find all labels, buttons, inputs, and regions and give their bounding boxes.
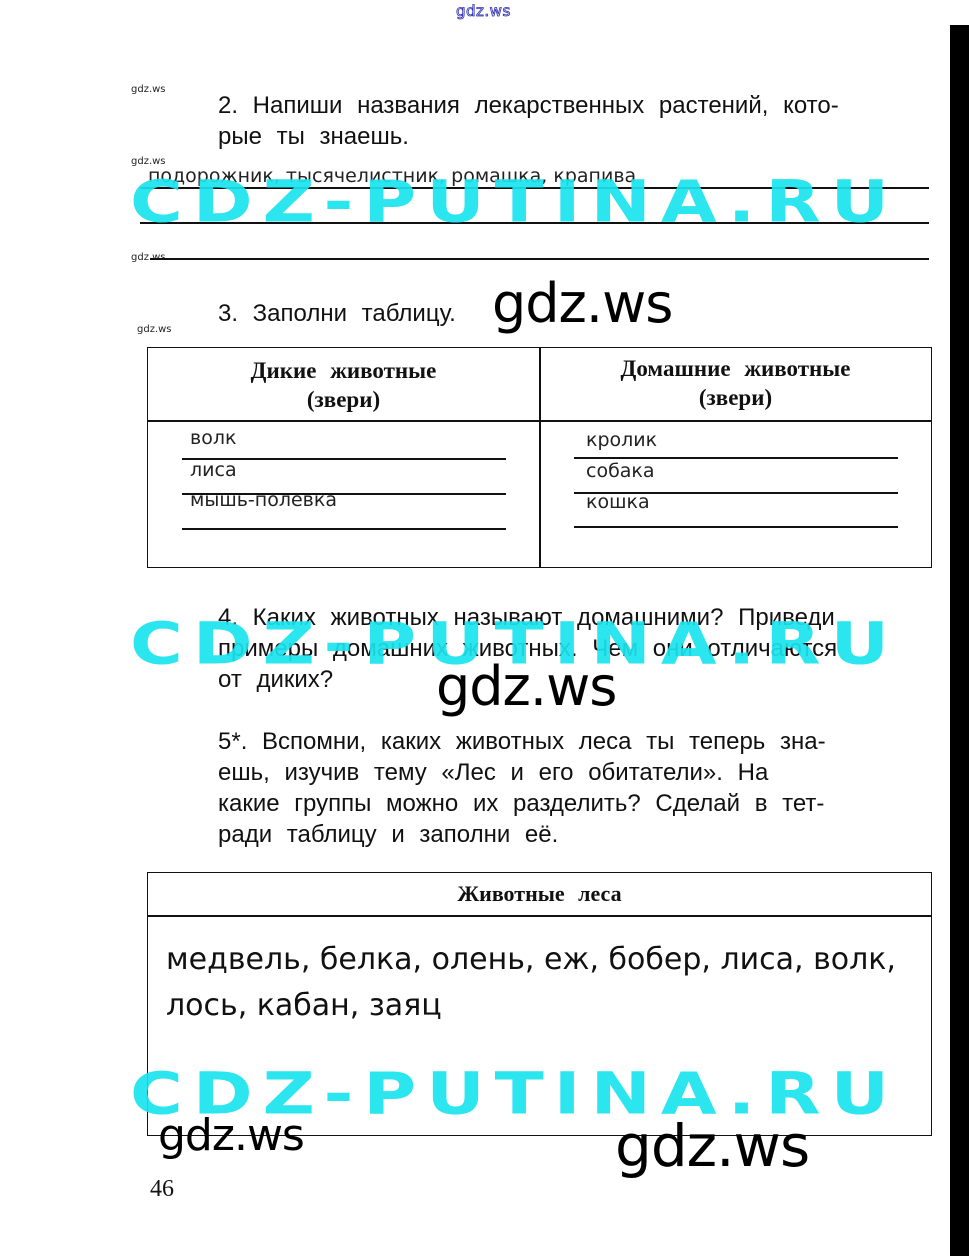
task-5-line-3: какие группы можно их разделить? Сделай … [218,788,933,819]
top-watermark: gdz.ws [456,2,511,20]
header-wild-animals: Дикие животные (звери) [148,356,539,414]
task-2-line-2: рые ты знаешь. [218,121,933,152]
large-watermark: gdz.ws [615,1112,809,1180]
header-text: Домашние животные [540,354,931,383]
header-text: Дикие животные [148,356,539,385]
small-watermark: gdz.ws [131,84,166,95]
large-watermark: gdz.ws [158,1110,304,1161]
answer-line [150,258,929,260]
forest-animals-answer: медвель, белка, олень, еж, бобер, лиса, … [166,937,926,1029]
wild-animal-item: волк [190,427,236,449]
wild-animal-item: мышь-полевка [190,489,337,511]
task-2-line-1: 2. Напиши названия лекарственных растени… [218,90,933,121]
task-3-title: 3. Заполни таблицу. [218,298,456,329]
cell-line [182,528,506,530]
task-5-line-1: 5*. Вспомни, каких животных леса ты тепе… [218,726,933,757]
task-5-prompt: 5*. Вспомни, каких животных леса ты тепе… [218,726,933,850]
domestic-animal-item: собака [586,460,655,482]
small-watermark: gdz.ws [137,324,172,335]
cell-line [574,457,898,459]
domestic-animal-item: кошка [586,491,650,513]
task-2-prompt: 2. Напиши названия лекарственных растени… [218,90,933,152]
cyan-watermark: CDZ-PUTINA.RU [130,168,899,235]
answer-line-1: медвель, белка, олень, еж, бобер, лиса, … [166,937,926,983]
forest-table-header: Животные леса [148,879,931,908]
task-5-line-4: ради таблицу и заполни её. [218,819,933,850]
large-watermark: gdz.ws [492,272,672,335]
domestic-animal-item: кролик [586,429,657,451]
large-watermark: gdz.ws [436,655,616,718]
header-text: (звери) [148,385,539,414]
task-5-line-2: ешь, изучив тему «Лес и его обитатели». … [218,757,933,788]
wild-animal-item: лиса [190,459,237,481]
scan-edge-bar [950,25,969,1256]
answer-line-2: лось, кабан, заяц [166,983,926,1029]
animals-table: Дикие животные (звери) Домашние животные… [147,347,932,568]
cell-line [574,526,898,528]
header-text: (звери) [540,383,931,412]
header-divider [148,915,931,917]
header-divider [148,420,931,422]
header-domestic-animals: Домашние животные (звери) [540,354,931,412]
page-number: 46 [150,1176,174,1203]
